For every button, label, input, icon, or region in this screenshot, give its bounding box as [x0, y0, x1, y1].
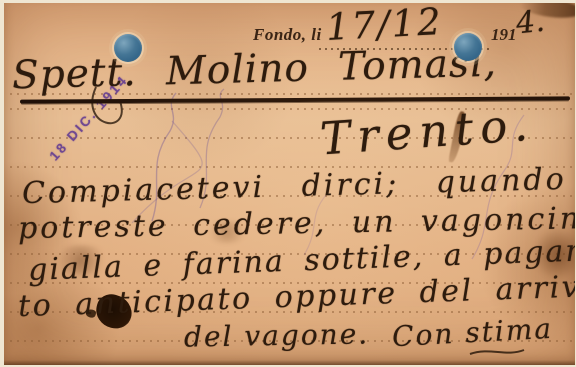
postcard-scan: { "card": { "header": { "place_label": "…	[0, 0, 576, 367]
card-bottom-shadow	[4, 360, 575, 365]
postcard: 18 DIC. 1914 Fondo, li 191 17/12 4. Spet…	[4, 3, 575, 365]
addressee-line: Spett. Molino Tomasi,	[11, 41, 497, 99]
year-handwritten: 4.	[514, 4, 546, 42]
place-date-label: Fondo, li	[253, 25, 322, 45]
punch-hole-right	[454, 33, 482, 61]
closing-line: Con stima	[391, 312, 554, 353]
punch-hole-left	[114, 34, 142, 62]
body-line-5: del vagone.	[184, 317, 370, 353]
